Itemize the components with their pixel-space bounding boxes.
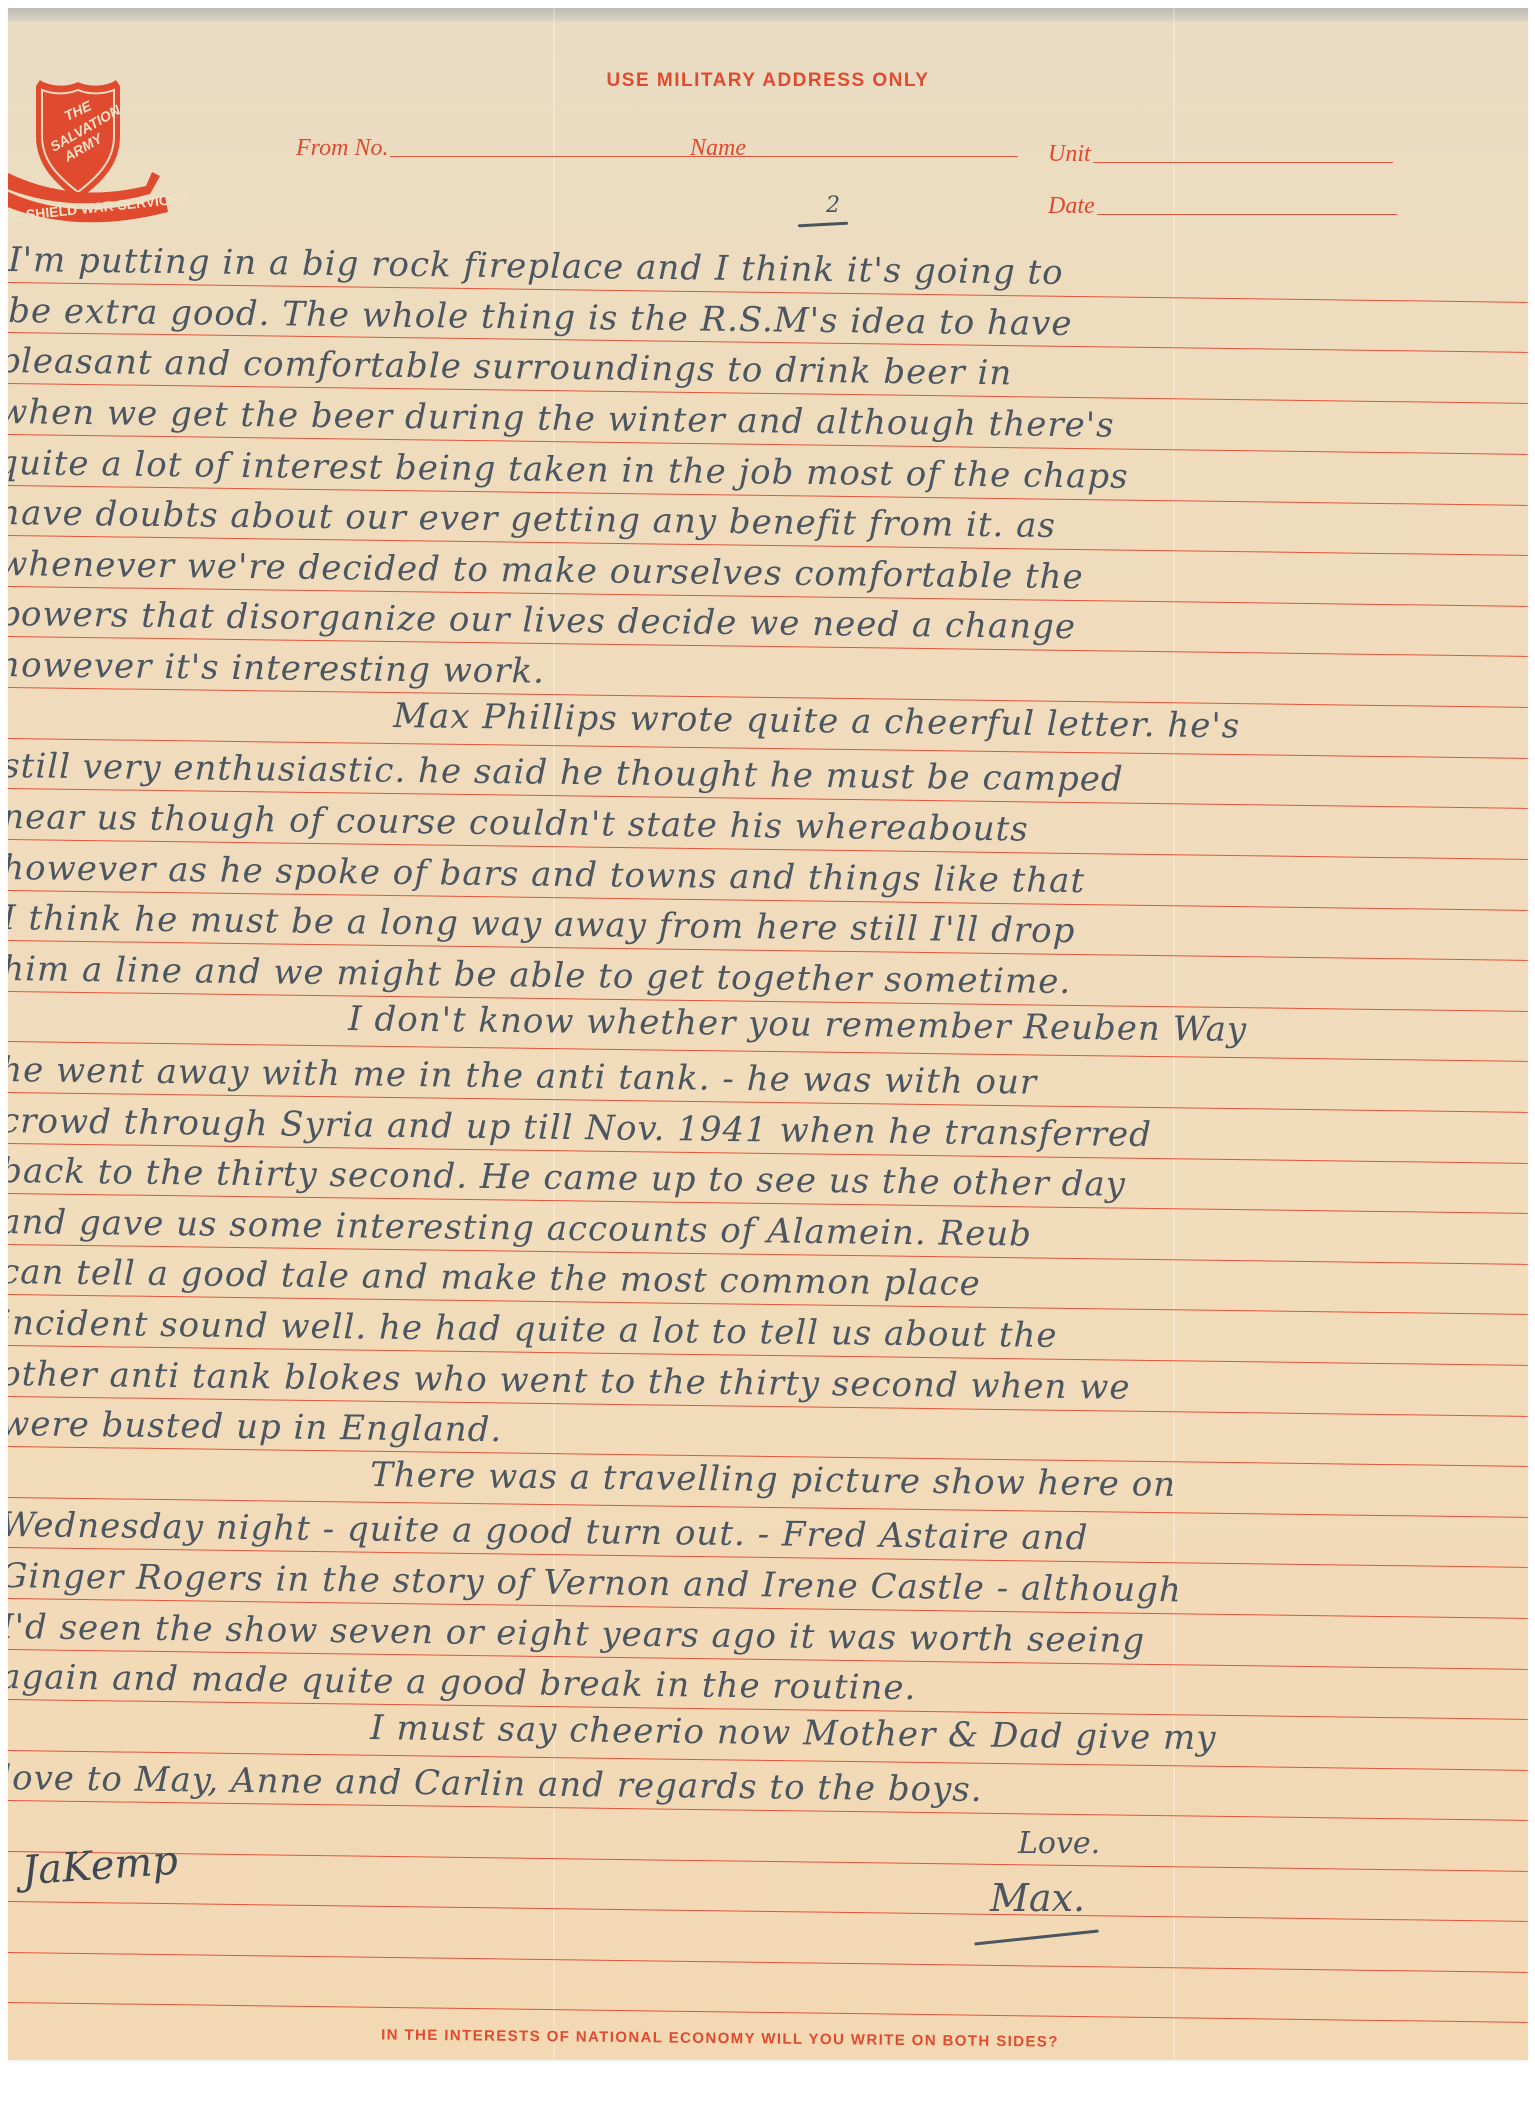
letter-line: There was a travelling picture show here… xyxy=(370,1455,1176,1505)
letter-line: Max Phillips wrote quite a cheerful lett… xyxy=(393,696,1240,746)
letter-line: I'd seen the show seven or eight years a… xyxy=(8,1607,1145,1661)
name-field: Name xyxy=(690,135,1018,162)
letter-sheet: THE SALVATION ARMY ED SHIELD WAR SERVICE… xyxy=(8,8,1528,2060)
write-both-sides-notice: IN THE INTERESTS OF NATIONAL ECONOMY WIL… xyxy=(270,2025,1170,2051)
letter-line: whenever we're decided to make ourselves… xyxy=(8,544,1084,597)
letter-line: I must say cheerio now Mother & Dad give… xyxy=(370,1708,1217,1758)
unit-field: Unit xyxy=(1048,141,1393,168)
name-blank xyxy=(748,156,1018,157)
letter-line: when we get the beer during the winter a… xyxy=(8,392,1115,446)
closing-signoff: Max. xyxy=(990,1876,1085,1920)
from-no-label: From No. xyxy=(296,135,388,162)
name-label: Name xyxy=(690,135,746,162)
ruled-line xyxy=(8,1952,1528,1973)
military-address-notice: USE MILITARY ADDRESS ONLY xyxy=(8,70,1528,92)
ruled-line xyxy=(8,1851,1528,1872)
closing-love: Love. xyxy=(1018,1826,1100,1861)
date-field: Date xyxy=(1048,193,1397,220)
unit-blank xyxy=(1093,162,1393,163)
date-blank xyxy=(1097,214,1397,215)
date-label: Date xyxy=(1048,193,1095,220)
page-number: 2 xyxy=(813,193,853,218)
margin-signature: JaKemp xyxy=(21,1838,180,1895)
ruled-line xyxy=(8,1901,1528,1922)
letter-line: be extra good. The whole thing is the R.… xyxy=(8,291,1073,344)
letter-line: crowd through Syria and up till Nov. 194… xyxy=(8,1101,1152,1155)
ruled-line xyxy=(8,2002,1528,2023)
letter-line: back to the thirty second. He came up to… xyxy=(8,1151,1126,1205)
page-number-underline xyxy=(798,222,848,228)
letter-line: however it's interesting work. xyxy=(8,645,545,692)
letter-line: powers that disorganize our lives decide… xyxy=(8,594,1076,647)
letter-line: still very enthusiastic. he said he thou… xyxy=(8,746,1124,800)
letter-line: Wednesday night - quite a good turn out.… xyxy=(8,1505,1089,1558)
letter-line: Ginger Rogers in the story of Vernon and… xyxy=(8,1556,1182,1610)
letter-line: I think he must be a long way away from … xyxy=(8,898,1076,951)
salvation-army-shield-logo: THE SALVATION ARMY ED SHIELD WAR SERVICE… xyxy=(8,76,200,226)
signoff-underline xyxy=(974,1929,1099,1945)
letter-line: other anti tank blokes who went to the t… xyxy=(8,1354,1131,1408)
letter-line: I don't know whether you remember Reuben… xyxy=(348,999,1247,1050)
unit-label: Unit xyxy=(1048,141,1091,168)
letter-line: however as he spoke of bars and towns an… xyxy=(8,848,1085,901)
letter-line: quite a lot of interest being taken in t… xyxy=(8,443,1129,497)
letter-line: were busted up in England. xyxy=(8,1404,502,1450)
